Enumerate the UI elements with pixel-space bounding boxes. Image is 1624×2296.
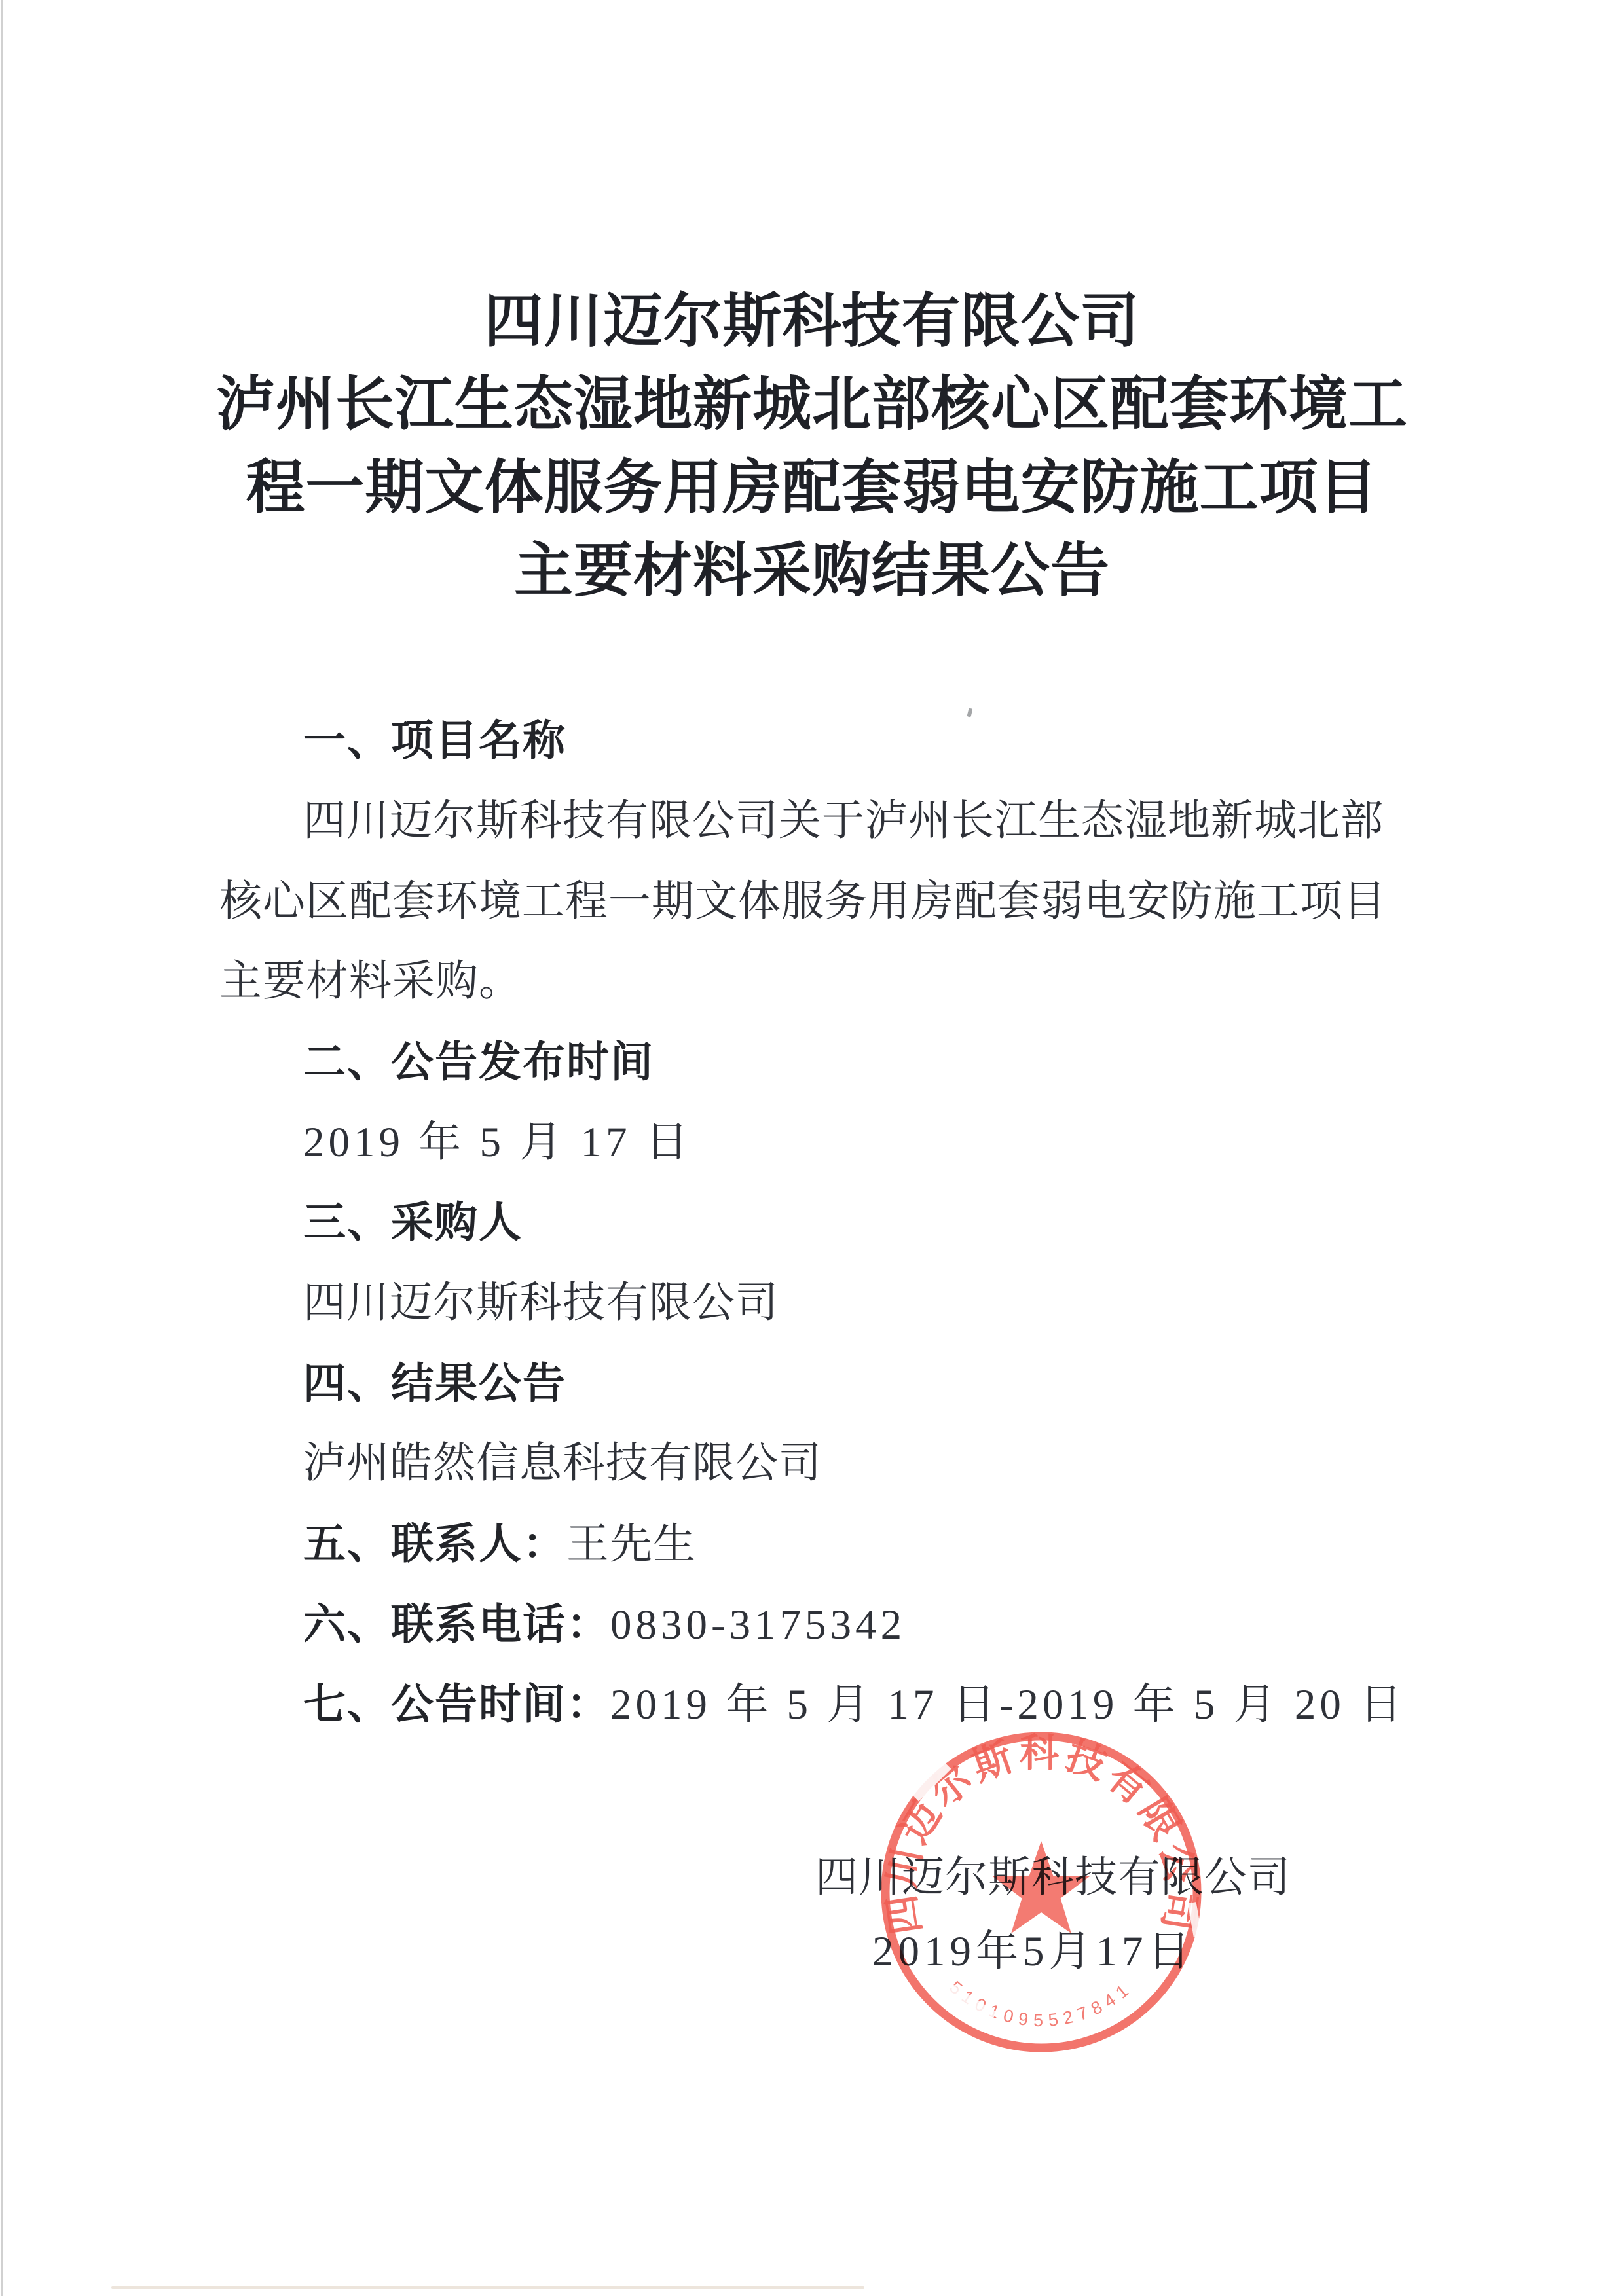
section2-heading: 二、公告发布时间 — [303, 1036, 654, 1087]
section1-paragraph-line2: 核心区配套环境工程一期文体服务用房配套弱电安防施工项目 — [219, 876, 1386, 927]
title-line-1: 四川迈尔斯科技有限公司 — [92, 280, 1532, 363]
section6-heading: 六、联系电话： — [303, 1600, 610, 1648]
section3-value-purchaser: 四川迈尔斯科技有限公司 — [303, 1277, 779, 1328]
title-line-4: 主要材料采购结果公告 — [92, 530, 1532, 613]
section7-value-announcement-period: 2019 年 5 月 17 日-2019 年 5 月 20 日 — [610, 1681, 1406, 1728]
section3-heading: 三、采购人 — [303, 1197, 523, 1248]
section7-period-line: 七、公告时间：2019 年 5 月 17 日-2019 年 5 月 20 日 — [303, 1679, 1406, 1730]
section4-heading: 四、结果公告 — [303, 1358, 566, 1409]
section6-value-phone-number: 0830-3175342 — [610, 1601, 906, 1649]
section2-value-publish-date: 2019 年 5 月 17 日 — [303, 1117, 692, 1168]
scan-speck — [967, 708, 973, 717]
section1-heading: 一、项目名称 — [303, 715, 566, 766]
section4-value-winner: 泸州皓然信息科技有限公司 — [303, 1438, 822, 1489]
section7-heading: 七、公告时间： — [303, 1680, 610, 1728]
title-line-3: 程一期文体服务用房配套弱电安防施工项目 — [92, 446, 1532, 530]
section5-contact-line: 五、联系人：王先生 — [303, 1518, 696, 1570]
document-title: 四川迈尔斯科技有限公司 泸州长江生态湿地新城北部核心区配套环境工 程一期文体服务… — [92, 280, 1532, 613]
section5-heading: 五、联系人： — [303, 1520, 566, 1567]
scan-bottom-smudge — [111, 2286, 864, 2289]
company-seal-stamp: 四川迈尔斯科技有限公司 5101095527841 — [877, 1728, 1205, 2056]
section5-value-contact-person: 王先生 — [566, 1521, 696, 1568]
section6-phone-line: 六、联系电话：0830-3175342 — [303, 1599, 906, 1650]
announcement-document-page: 四川迈尔斯科技有限公司 泸州长江生态湿地新城北部核心区配套环境工 程一期文体服务… — [0, 0, 1624, 2296]
title-line-2: 泸州长江生态湿地新城北部核心区配套环境工 — [92, 363, 1532, 446]
scan-edge-line — [1, 0, 3, 2296]
seal-star-icon — [993, 1841, 1090, 1933]
section1-paragraph-line1: 四川迈尔斯科技有限公司关于泸州长江生态湿地新城北部 — [303, 795, 1384, 847]
section1-paragraph-line3: 主要材料采购。 — [219, 956, 522, 1007]
